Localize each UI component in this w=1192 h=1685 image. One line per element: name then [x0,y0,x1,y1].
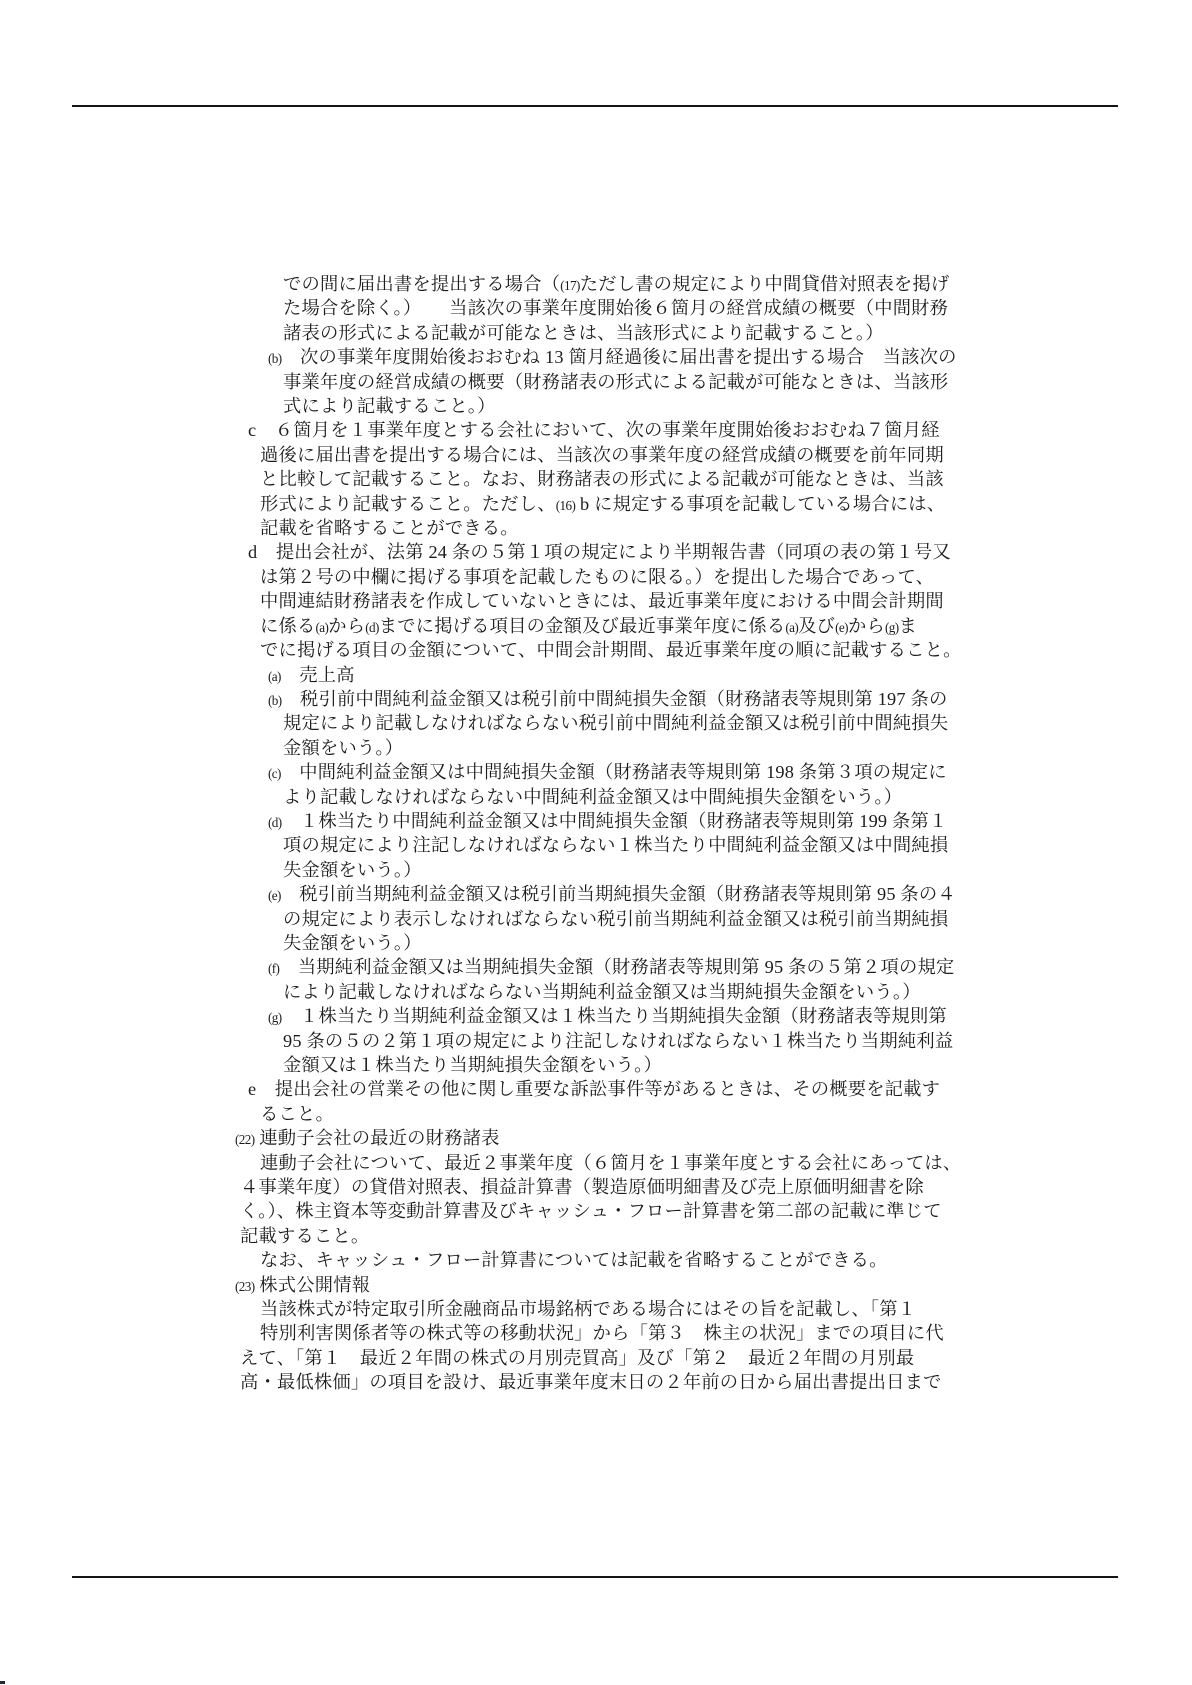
text-line: 記載を省略することができる。 [260,516,1192,540]
paren-number: (b) [268,351,282,366]
text-line: d 提出会社が、法第 24 条の５第１項の規定により半期報告書（同項の表の第１号… [248,540,1192,564]
text-line: 中間連結財務諸表を作成していないときには、最近事業年度における中間会計期間 [260,589,1192,613]
text-segment: 中間純利益金額又は中間純損失金額（財務諸表等規則第 198 条第３項の規定に [281,762,947,782]
text-segment: 高・最低株価」の項目を設け、最近事業年度末日の２年前の日から届出書提出日まで [240,1372,942,1392]
text-line: 項の規定により注記しなければならない１株当たり中間純利益金額又は中間純損 [283,833,1192,857]
text-line: での間に届出書を提出する場合（(17)ただし書の規定により中間貸借対照表を掲げ [283,272,1192,296]
text-segment: く。）、株主資本等変動計算書及びキャッシュ・フロー計算書を第二部の記載に準じて [240,1201,942,1221]
text-line: 金額又は１株当たり当期純損失金額をいう。） [283,1053,1192,1077]
text-segment: 事業年度の経営成績の概要（財務諸表の形式による記載が可能なときは、当該形 [283,372,948,392]
text-segment: １株当たり当期純利益金額又は１株当たり当期純損失金額（財務諸表等規則第 [282,1006,947,1026]
paren-number: (d) [365,620,379,635]
text-line: (g) １株当たり当期純利益金額又は１株当たり当期純損失金額（財務諸表等規則第 [268,1004,1192,1028]
text-line: 事業年度の経営成績の概要（財務諸表の形式による記載が可能なときは、当該形 [283,370,1192,394]
paren-number: (16) [556,498,576,513]
text-segment: b に規定する事項を記載している場合には、 [575,494,945,514]
text-line: 連動子会社について、最近２事業年度（６箇月を１事業年度とする会社にあっては、 [260,1151,1192,1175]
paren-number: (b) [268,693,282,708]
paren-number: (c) [268,766,281,781]
scan-artifact-mark [0,1681,5,1684]
text-segment: 当期純利益金額又は当期純損失金額（財務諸表等規則第 95 条の５第２項の規定 [279,957,954,977]
paren-number: (a) [785,620,798,635]
bottom-rule [72,1576,1118,1578]
text-segment: c ６箇月を１事業年度とする会社において、次の事業年度開始後おおむね７箇月経 [248,420,940,440]
text-line: 高・最低株価」の項目を設け、最近事業年度末日の２年前の日から届出書提出日まで [240,1370,1192,1394]
paren-number: (a) [315,620,328,635]
paren-number: (23) [235,1279,255,1294]
text-line: 諸表の形式による記載が可能なときは、当該形式により記載すること。） [283,321,1192,345]
text-segment: 中間連結財務諸表を作成していないときには、最近事業年度における中間会計期間 [260,591,944,611]
text-line: なお、キャッシュ・フロー計算書については記載を省略することができる。 [260,1248,1192,1272]
paren-number: (e) [268,888,281,903]
text-line: より記載しなければならない中間純利益金額又は中間純損失金額をいう。） [283,785,1192,809]
text-segment: 記載すること。 [240,1226,369,1246]
text-line: (d) １株当たり中間純利益金額又は中間純損失金額（財務諸表等規則第 199 条… [268,809,1192,833]
text-line: は第２号の中欄に掲げる事項を記載したものに限る。）を提出した場合であって、 [260,565,1192,589]
text-segment: より記載しなければならない中間純利益金額又は中間純損失金額をいう。） [283,787,902,807]
text-segment: までに掲げる項目の金額及び最近事業年度に係る [379,616,786,636]
paren-number: (f) [268,961,279,976]
text-line: ること。 [260,1102,1192,1126]
text-line: く。）、株主資本等変動計算書及びキャッシュ・フロー計算書を第二部の記載に準じて [240,1199,1192,1223]
text-line: 過後に届出書を提出する場合には、当該次の事業年度の経営成績の概要を前年同期 [260,443,1192,467]
text-line: 失金額をいう。） [283,931,1192,955]
text-line: えて、「第１ 最近２年間の株式の月別売買高」及び「第２ 最近２年間の月別最 [240,1346,1192,1370]
text-block: での間に届出書を提出する場合（(17)ただし書の規定により中間貸借対照表を掲げた… [0,272,1192,1395]
text-line: 金額をいう。） [283,736,1192,760]
text-line: (e) 税引前当期純利益金額又は税引前当期純損失金額（財務諸表等規則第 95 条… [268,882,1192,906]
text-segment: 金額をいう。） [283,738,403,758]
text-segment: 式により記載すること。） [283,396,496,416]
text-segment: 売上高 [281,665,355,685]
text-line: でに掲げる項目の金額について、中間会計期間、最近事業年度の順に記載すること。 [260,638,1192,662]
text-line: 形式により記載すること。ただし、(16) b に規定する事項を記載している場合に… [260,492,1192,516]
paren-number: (d) [268,815,282,830]
text-line: と比較して記載すること。なお、財務諸表の形式による記載が可能なときは、当該 [260,467,1192,491]
text-segment: に係る [260,616,315,636]
top-rule [72,105,1118,107]
page: での間に届出書を提出する場合（(17)ただし書の規定により中間貸借対照表を掲げた… [0,0,1192,1685]
text-line: (c) 中間純利益金額又は中間純損失金額（財務諸表等規則第 198 条第３項の規… [268,760,1192,784]
text-segment: 過後に届出書を提出する場合には、当該次の事業年度の経営成績の概要を前年同期 [260,445,944,465]
text-segment: は第２号の中欄に掲げる事項を記載したものに限る。）を提出した場合であって、 [260,567,934,587]
text-line: により記載しなければならない当期純利益金額又は当期純損失金額をいう。） [283,980,1192,1004]
text-segment: 規定により記載しなければならない税引前中間純利益金額又は税引前中間純損失 [283,713,948,733]
text-segment: 当該株式が特定取引所金融商品市場銘柄である場合にはその旨を記載し、「第１ [260,1299,916,1319]
text-line: c ６箇月を１事業年度とする会社において、次の事業年度開始後おおむね７箇月経 [248,418,1192,442]
text-line: 特別利害関係者等の株式等の移動状況」から「第３ 株主の状況」までの項目に代 [260,1321,1192,1345]
text-line: 当該株式が特定取引所金融商品市場銘柄である場合にはその旨を記載し、「第１ [260,1297,1192,1321]
text-segment: ま [898,616,916,636]
text-line: (f) 当期純利益金額又は当期純損失金額（財務諸表等規則第 95 条の５第２項の… [268,955,1192,979]
text-segment: から [328,616,365,636]
text-segment: と比較して記載すること。なお、財務諸表の形式による記載が可能なときは、当該 [260,469,944,489]
text-segment: により記載しなければならない当期純利益金額又は当期純損失金額をいう。） [283,982,921,1002]
text-segment: 95 条の５の２第１項の規定により注記しなければならない１株当たり当期純利益 [283,1031,953,1051]
text-segment: 形式により記載すること。ただし、 [260,494,556,514]
paren-number: (g) [885,620,899,635]
text-segment: 連動子会社の最近の財務諸表 [255,1128,500,1148]
text-segment: 特別利害関係者等の株式等の移動状況」から「第３ 株主の状況」までの項目に代 [260,1323,944,1343]
text-line: e 提出会社の営業その他に関し重要な訴訟事件等があるときは、その概要を記載す [248,1077,1192,1101]
text-line: の規定により表示しなければならない税引前当期純利益金額又は税引前当期純損 [283,907,1192,931]
text-line: 規定により記載しなければならない税引前中間純利益金額又は税引前中間純損失 [283,711,1192,735]
text-segment: 株式公開情報 [255,1275,371,1295]
text-segment: e 提出会社の営業その他に関し重要な訴訟事件等があるときは、その概要を記載す [248,1079,940,1099]
text-line: (b) 税引前中間純利益金額又は税引前中間純損失金額（財務諸表等規則第 197 … [268,687,1192,711]
paren-number: (g) [268,1010,282,1025]
text-segment: の規定により表示しなければならない税引前当期純利益金額又は税引前当期純損 [283,909,948,929]
text-line: 記載すること。 [240,1224,1192,1248]
text-segment: 連動子会社について、最近２事業年度（６箇月を１事業年度とする会社にあっては、 [260,1153,961,1173]
text-line: (b) 次の事業年度開始後おおむね 13 箇月経過後に届出書を提出する場合 当該… [268,345,1192,369]
paren-number: (a) [268,669,281,684]
text-segment: ４事業年度）の貸借対照表、損益計算書（製造原価明細書及び売上原価明細書を除 [240,1177,924,1197]
paren-number: (22) [235,1132,255,1147]
text-line: た場合を除く。） 当該次の事業年度開始後６箇月の経営成績の概要（中間財務 [283,296,1192,320]
text-segment: 金額又は１株当たり当期純損失金額をいう。） [283,1055,662,1075]
text-segment: 税引前中間純利益金額又は税引前中間純損失金額（財務諸表等規則第 197 条の [282,689,948,709]
text-segment: での間に届出書を提出する場合（ [283,274,560,294]
text-line: ４事業年度）の貸借対照表、損益計算書（製造原価明細書及び売上原価明細書を除 [240,1175,1192,1199]
text-segment: 税引前当期純利益金額又は税引前当期純損失金額（財務諸表等規則第 95 条の４ [281,884,956,904]
text-segment: ただし書の規定により中間貸借対照表を掲げ [580,274,950,294]
text-segment: から [848,616,885,636]
text-segment: 項の規定により注記しなければならない１株当たり中間純利益金額又は中間純損 [283,835,948,855]
text-segment: 及び [798,616,835,636]
text-segment: d 提出会社が、法第 24 条の５第１項の規定により半期報告書（同項の表の第１号… [248,542,951,562]
text-line: 失金額をいう。） [283,858,1192,882]
text-line: (a) 売上高 [268,663,1192,687]
text-segment: 次の事業年度開始後おおむね 13 箇月経過後に届出書を提出する場合 当該次の [282,347,957,367]
text-segment: でに掲げる項目の金額について、中間会計期間、最近事業年度の順に記載すること。 [260,640,962,660]
paren-number: (e) [835,620,848,635]
text-segment: た場合を除く。） 当該次の事業年度開始後６箇月の経営成績の概要（中間財務 [283,298,948,318]
text-segment: １株当たり中間純利益金額又は中間純損失金額（財務諸表等規則第 199 条第１ [282,811,948,831]
text-segment: 諸表の形式による記載が可能なときは、当該形式により記載すること。） [283,323,884,343]
text-line: (23) 株式公開情報 [235,1273,1192,1297]
text-segment: 記載を省略することができる。 [260,518,519,538]
text-line: 式により記載すること。） [283,394,1192,418]
text-segment: なお、キャッシュ・フロー計算書については記載を省略することができる。 [260,1250,888,1270]
text-line: (22) 連動子会社の最近の財務諸表 [235,1126,1192,1150]
text-segment: 失金額をいう。） [283,860,422,880]
paren-number: (17) [560,278,580,293]
text-segment: ること。 [260,1104,334,1124]
text-line: 95 条の５の２第１項の規定により注記しなければならない１株当たり当期純利益 [283,1029,1192,1053]
text-segment: 失金額をいう。） [283,933,422,953]
text-line: に係る(a)から(d)までに掲げる項目の金額及び最近事業年度に係る(a)及び(e… [260,614,1192,638]
text-segment: えて、「第１ 最近２年間の株式の月別売買高」及び「第２ 最近２年間の月別最 [240,1348,914,1368]
